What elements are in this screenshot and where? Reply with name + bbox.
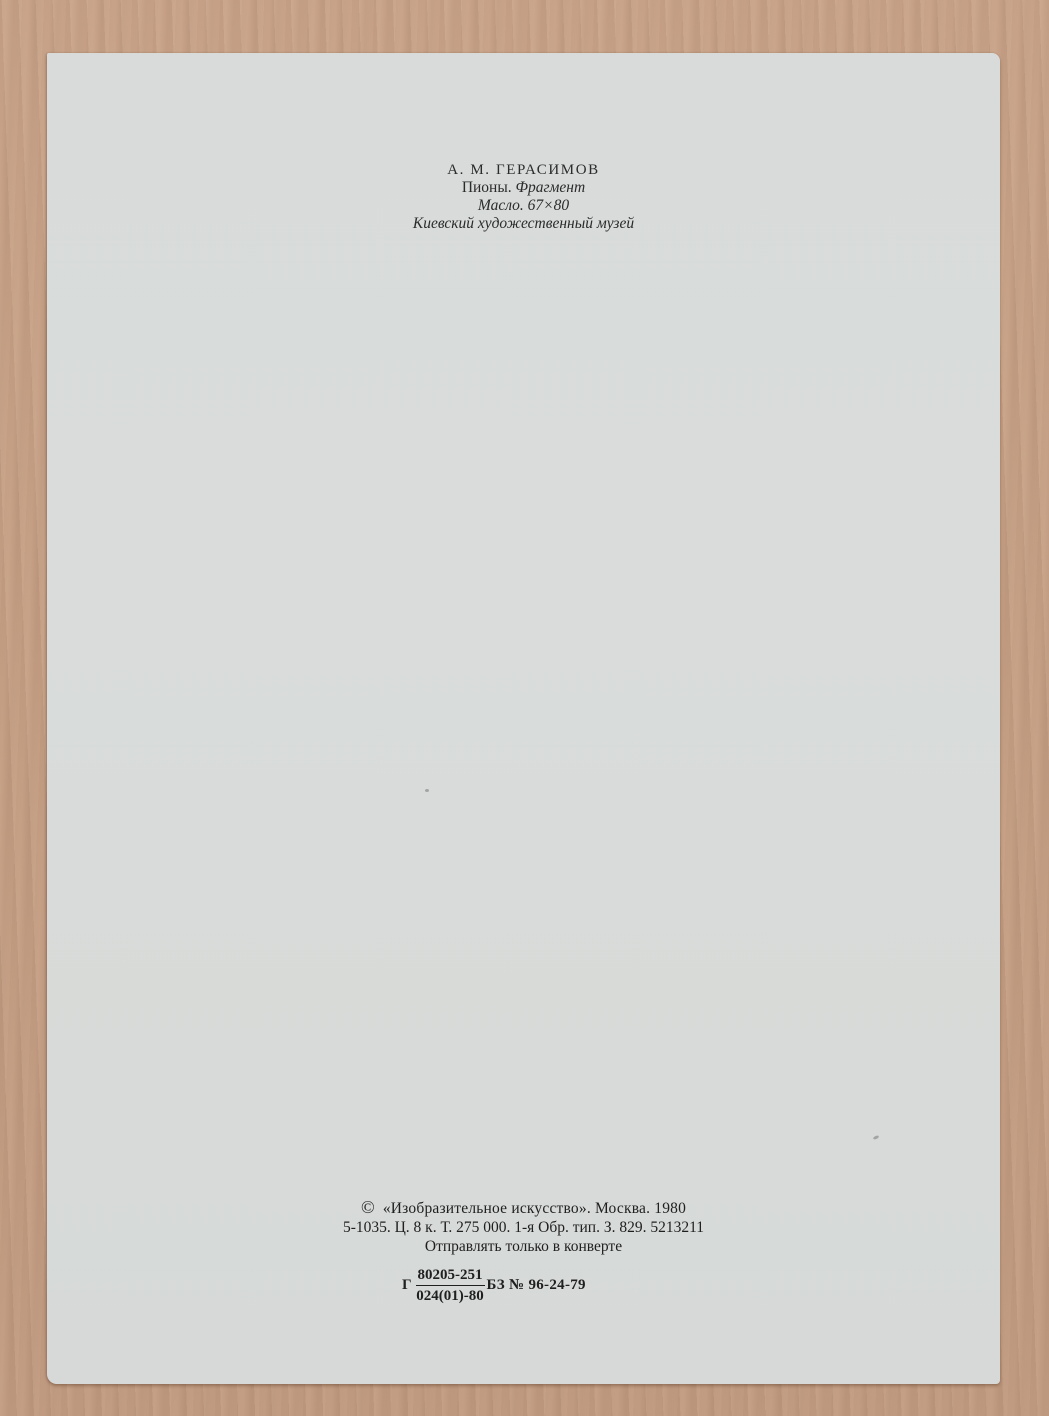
copyright-icon: ©	[361, 1197, 375, 1217]
artwork-museum: Киевский художественный музей	[47, 215, 1000, 233]
artwork-medium: Масло. 67×80	[47, 197, 1000, 215]
artwork-caption: А. М. ГЕРАСИМОВ Пионы. Фрагмент Масло. 6…	[47, 161, 1000, 233]
catalog-index: Г 80205-251 024(01)-80 БЗ № 96-24-79	[402, 1263, 586, 1307]
paper-speck	[873, 1135, 880, 1140]
order-number: БЗ № 96-24-79	[487, 1277, 586, 1294]
publisher-line: ©«Изобразительное искусство». Москва. 19…	[47, 1198, 1000, 1218]
publisher-text: «Изобразительное искусство». Москва. 198…	[383, 1200, 686, 1217]
publisher-imprint: ©«Изобразительное искусство». Москва. 19…	[47, 1198, 1000, 1256]
artist-name: А. М. ГЕРАСИМОВ	[47, 161, 1000, 179]
index-fraction: 80205-251 024(01)-80	[416, 1266, 485, 1305]
artwork-title-italic: Фрагмент	[516, 179, 586, 196]
artwork-title-plain: Пионы.	[462, 179, 512, 196]
envelope-note: Отправлять только в конверте	[47, 1237, 1000, 1256]
paper-speck	[425, 789, 429, 792]
index-numerator: 80205-251	[416, 1266, 485, 1286]
print-details: 5-1035. Ц. 8 к. Т. 275 000. 1-я Обр. тип…	[47, 1218, 1000, 1237]
postcard-back: А. М. ГЕРАСИМОВ Пионы. Фрагмент Масло. 6…	[47, 53, 1000, 1384]
artwork-title: Пионы. Фрагмент	[47, 179, 1000, 197]
index-denominator: 024(01)-80	[416, 1286, 484, 1305]
index-prefix: Г	[402, 1277, 412, 1294]
